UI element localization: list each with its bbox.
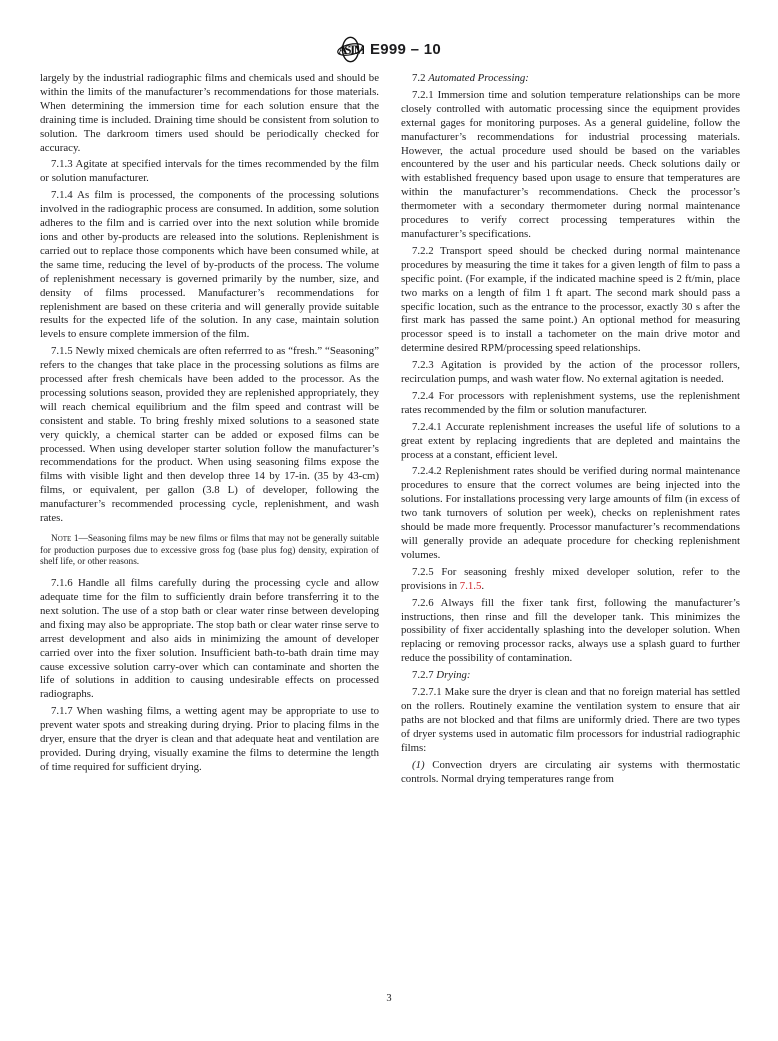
heading-7-2-7-number: 7.2.7 (412, 669, 434, 681)
paragraph-7-2-2: 7.2.2 Transport speed should be checked … (401, 245, 740, 356)
page-number: 3 (0, 993, 778, 1004)
paragraph-7-1-5: 7.1.5 Newly mixed chemicals are often re… (40, 345, 379, 526)
paragraph-7-2-5-period: . (481, 580, 484, 592)
paragraph-7-2-5: 7.2.5 For seasoning freshly mixed develo… (401, 566, 740, 594)
note-1: Note 1—Seasoning films may be new films … (40, 534, 379, 569)
svg-text:ASTM: ASTM (338, 42, 364, 57)
paragraph-7-1-4: 7.1.4 As film is processed, the componen… (40, 189, 379, 342)
paragraph-7-2-5-text: 7.2.5 For seasoning freshly mixed develo… (401, 566, 740, 592)
heading-7-2-7: 7.2.7 Drying: (401, 669, 740, 683)
paragraph-7-1-7: 7.1.7 When washing films, a wetting agen… (40, 705, 379, 775)
astm-logo-icon: ASTM (337, 36, 364, 63)
paragraph-7-2-1: 7.2.1 Immersion time and solution temper… (401, 89, 740, 242)
list-item-1-label: (1) (412, 759, 425, 771)
two-column-body: largely by the industrial radiographic f… (40, 72, 740, 786)
left-column: largely by the industrial radiographic f… (40, 72, 379, 786)
paragraph-convection-dryers: (1) Convection dryers are circulating ai… (401, 759, 740, 787)
right-column: 7.2 Automated Processing: 7.2.1 Immersio… (401, 72, 740, 786)
document-page: ASTM E999 – 10 largely by the industrial… (0, 0, 778, 1041)
heading-7-2: 7.2 Automated Processing: (401, 72, 740, 86)
paragraph-7-2-4-1: 7.2.4.1 Accurate replenishment increases… (401, 421, 740, 463)
paragraph-7-1-3: 7.1.3 Agitate at specified intervals for… (40, 158, 379, 186)
cross-reference-7-1-5-link[interactable]: 7.1.5 (460, 580, 482, 592)
heading-7-2-number: 7.2 (412, 72, 426, 84)
paragraph-7-2-6: 7.2.6 Always fill the fixer tank first, … (401, 597, 740, 667)
paragraph-7-2-3: 7.2.3 Agitation is provided by the actio… (401, 359, 740, 387)
paragraph-7-2-4: 7.2.4 For processors with replenishment … (401, 390, 740, 418)
note-1-label: Note 1— (51, 534, 88, 544)
list-item-1-text: Convection dryers are circulating air sy… (401, 759, 740, 785)
paragraph-7-2-4-2: 7.2.4.2 Replenishment rates should be ve… (401, 465, 740, 562)
standard-designation: E999 – 10 (370, 41, 441, 58)
heading-7-2-7-title: Drying: (436, 669, 470, 681)
paragraph-7-1-6: 7.1.6 Handle all films carefully during … (40, 577, 379, 702)
page-header: ASTM E999 – 10 (0, 36, 778, 63)
heading-7-2-title: Automated Processing: (428, 72, 529, 84)
note-1-text: Seasoning films may be new films or film… (40, 534, 379, 567)
paragraph-7-2-7-1: 7.2.7.1 Make sure the dryer is clean and… (401, 686, 740, 756)
paragraph-7-1-2-continuation: largely by the industrial radiographic f… (40, 72, 379, 155)
